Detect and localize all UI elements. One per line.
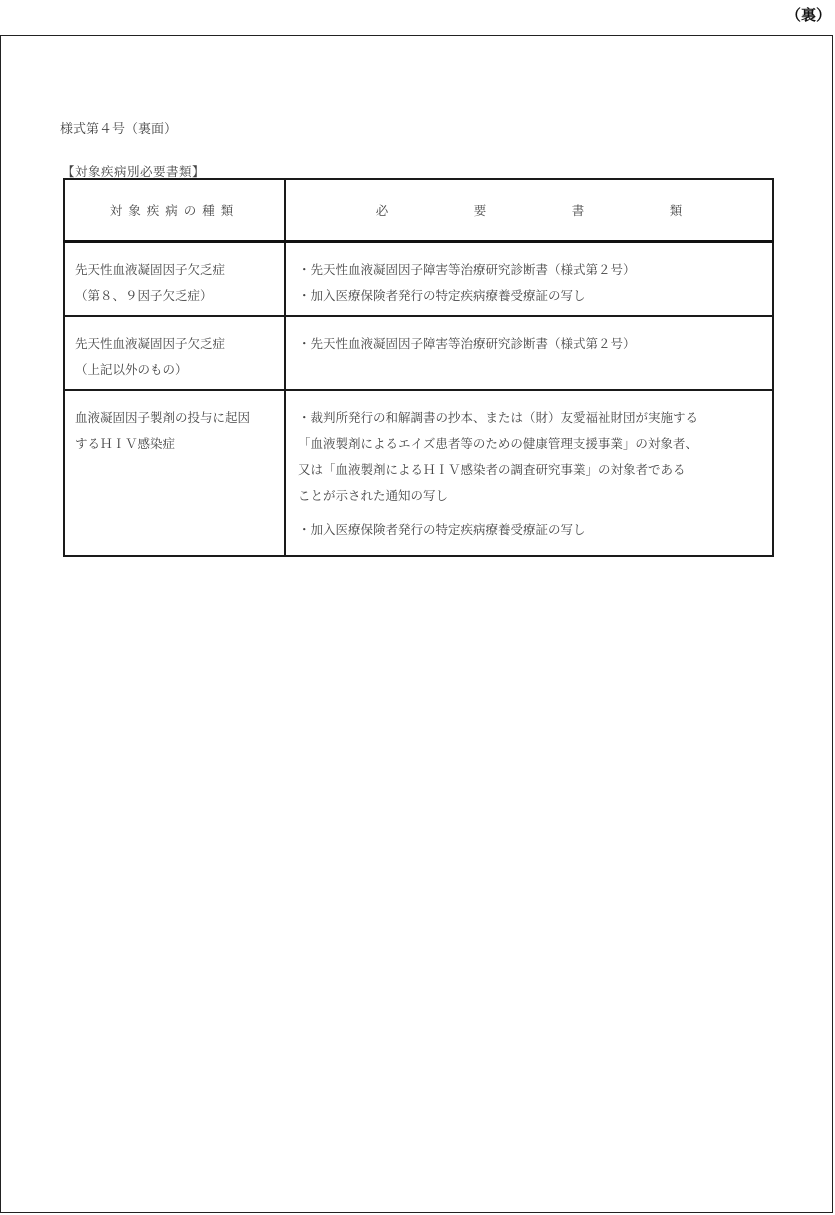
required-documents-table: 対象疾病の種類 必要書類 先天性血液凝固因子欠乏症 （第８、９因子欠乏症） ・先… — [63, 178, 774, 557]
disease-name: 血液凝固因子製剤の投与に起因 — [75, 405, 276, 431]
disease-name: 先天性血液凝固因子欠乏症 — [75, 331, 276, 357]
header-disease-type: 対象疾病の種類 — [64, 179, 285, 242]
table-row: 血液凝固因子製剤の投与に起因 するＨＩＶ感染症 ・裁判所発行の和解調書の抄本、ま… — [64, 390, 773, 556]
document-item: ・先天性血液凝固因子障害等治療研究診断書（様式第２号） — [298, 257, 764, 283]
form-number: 様式第４号（裏面） — [60, 118, 177, 137]
disease-cell: 先天性血液凝固因子欠乏症 （上記以外のもの） — [64, 316, 285, 390]
document-item: ・先天性血液凝固因子障害等治療研究診断書（様式第２号） — [298, 331, 764, 357]
document-line: 「血液製剤によるエイズ患者等のための健康管理支援事業」の対象者、 — [312, 431, 764, 457]
header-char: 書 — [529, 201, 627, 219]
table-row: 先天性血液凝固因子欠乏症 （上記以外のもの） ・先天性血液凝固因子障害等治療研究… — [64, 316, 773, 390]
document-item: ・加入医療保険者発行の特定疾病療養受療証の写し — [298, 283, 764, 309]
document-line: ことが示された通知の写し — [312, 483, 764, 509]
documents-cell: ・裁判所発行の和解調書の抄本、または（財）友愛福祉財団が実施する 「血液製剤によ… — [285, 390, 773, 556]
document-item: ・加入医療保険者発行の特定疾病療養受療証の写し — [298, 517, 764, 543]
header-required-docs: 必要書類 — [285, 179, 773, 242]
disease-qualifier: するＨＩＶ感染症 — [75, 431, 276, 457]
table-header-row: 対象疾病の種類 必要書類 — [64, 179, 773, 242]
documents-cell: ・先天性血液凝固因子障害等治療研究診断書（様式第２号） ・加入医療保険者発行の特… — [285, 242, 773, 317]
document-line: 又は「血液製剤によるＨＩＶ感染者の調査研究事業」の対象者である — [312, 457, 764, 483]
header-char: 類 — [627, 201, 725, 219]
disease-cell: 血液凝固因子製剤の投与に起因 するＨＩＶ感染症 — [64, 390, 285, 556]
document-line: ・裁判所発行の和解調書の抄本、または（財）友愛福祉財団が実施する — [312, 405, 764, 431]
documents-cell: ・先天性血液凝固因子障害等治療研究診断書（様式第２号） — [285, 316, 773, 390]
page-side-label: （裏） — [786, 4, 831, 25]
disease-name: 先天性血液凝固因子欠乏症 — [75, 257, 276, 283]
header-char: 必 — [333, 201, 431, 219]
disease-cell: 先天性血液凝固因子欠乏症 （第８、９因子欠乏症） — [64, 242, 285, 317]
disease-qualifier: （第８、９因子欠乏症） — [75, 283, 276, 309]
table-row: 先天性血液凝固因子欠乏症 （第８、９因子欠乏症） ・先天性血液凝固因子障害等治療… — [64, 242, 773, 317]
header-char: 要 — [431, 201, 529, 219]
disease-qualifier: （上記以外のもの） — [75, 357, 276, 383]
document-item: ・裁判所発行の和解調書の抄本、または（財）友愛福祉財団が実施する 「血液製剤によ… — [298, 405, 764, 509]
